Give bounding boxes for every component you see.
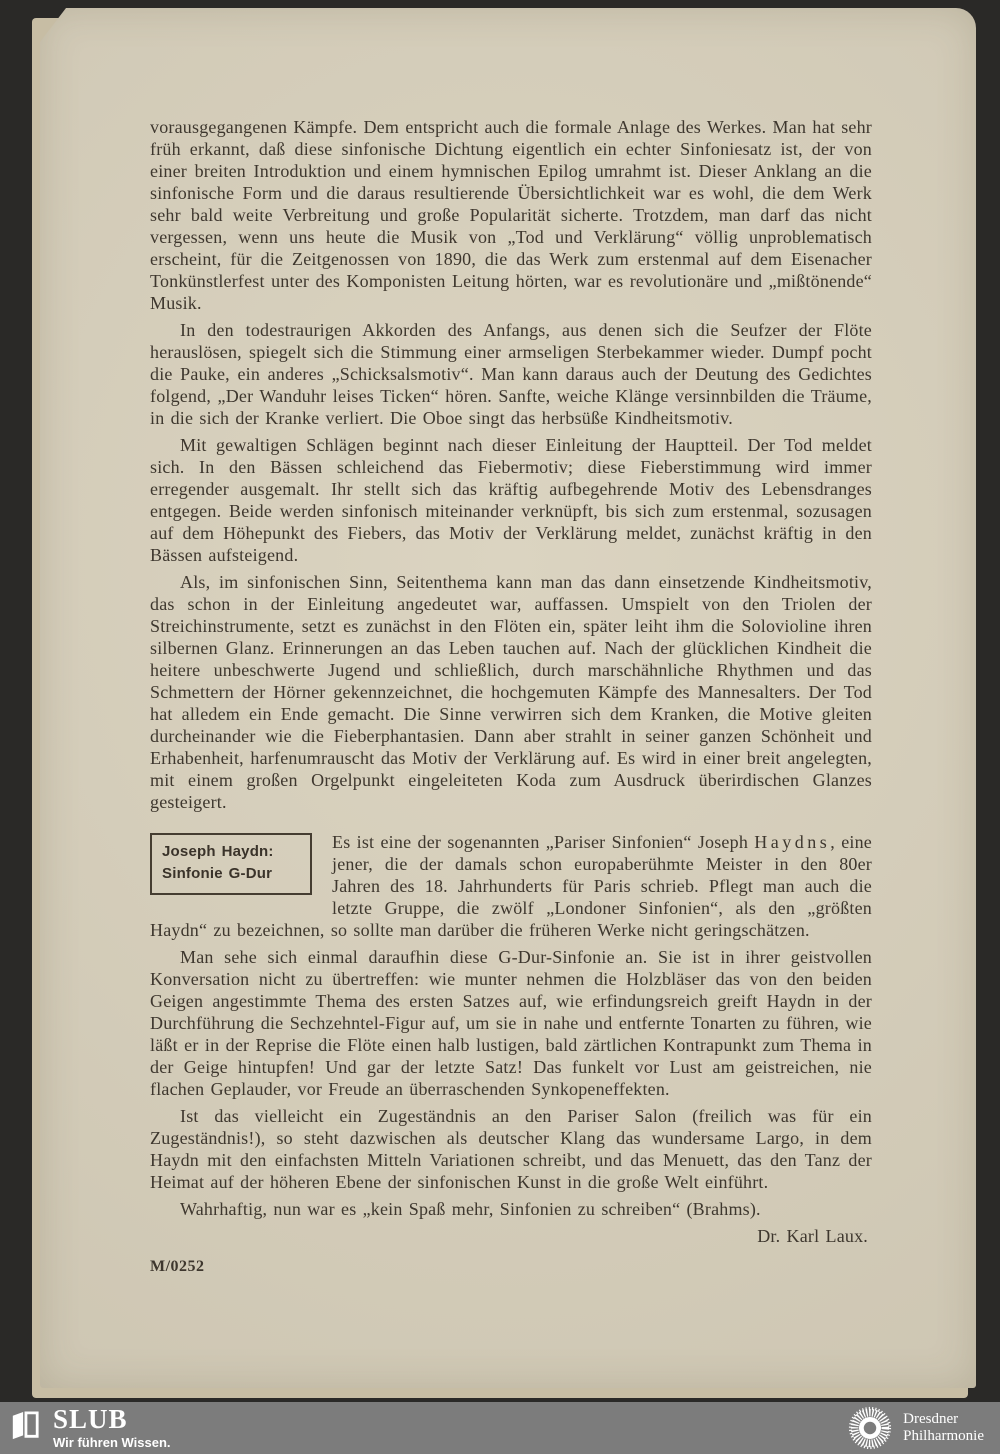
paragraph-p7: Ist das vielleicht ein Zugeständnis an d… (150, 1105, 872, 1193)
paragraph-p2: In den todestraurigen Akkorden des Anfan… (150, 319, 872, 429)
paragraph-p6: Man sehe sich einmal daraufhin diese G-D… (150, 946, 872, 1100)
starburst-icon (847, 1405, 893, 1451)
haydn-program-box: Joseph Haydn: Sinfonie G-Dur (150, 833, 312, 895)
paragraph-p4: Als, im sinfonischen Sinn, Seitenthema k… (150, 571, 872, 813)
paragraph-p8: Wahrhaftig, nun war es „kein Spaß mehr, … (150, 1198, 872, 1220)
haydn-section: Joseph Haydn: Sinfonie G-Dur Es ist eine… (150, 831, 872, 946)
paragraph-p5-lead: Es ist eine der sogenannten „Pariser Sin… (332, 832, 754, 852)
haydn-box-line2: Sinfonie G-Dur (162, 863, 300, 885)
paragraph-p1: vorausgegangenen Kämpfe. Dem entspricht … (150, 116, 872, 314)
viewer-footer: SLUB Wir führen Wissen. Dresdner Philhar… (0, 1402, 1000, 1454)
philharmonie-line1: Dresdner (903, 1411, 984, 1428)
haydn-box-line1: Joseph Haydn: (162, 841, 300, 863)
philharmonie-line2: Philharmonie (903, 1428, 984, 1445)
slub-text: SLUB Wir führen Wissen. (53, 1407, 171, 1450)
paragraph-p3: Mit gewaltigen Schlägen beginnt nach die… (150, 434, 872, 566)
slub-wordmark: SLUB (53, 1407, 171, 1432)
author-signature: Dr. Karl Laux. (150, 1225, 868, 1247)
shelfmark: M/0252 (150, 1258, 205, 1276)
haydn-name-letterspaced: Haydns (754, 832, 830, 852)
slub-tagline: Wir führen Wissen. (53, 1435, 171, 1450)
open-book-icon (10, 1410, 40, 1442)
slub-logo: SLUB Wir führen Wissen. (10, 1407, 171, 1450)
page-text-block: vorausgegangenen Kämpfe. Dem entspricht … (150, 116, 872, 1247)
philharmonie-logo: Dresdner Philharmonie (847, 1405, 984, 1451)
philharmonie-text: Dresdner Philharmonie (903, 1411, 984, 1445)
